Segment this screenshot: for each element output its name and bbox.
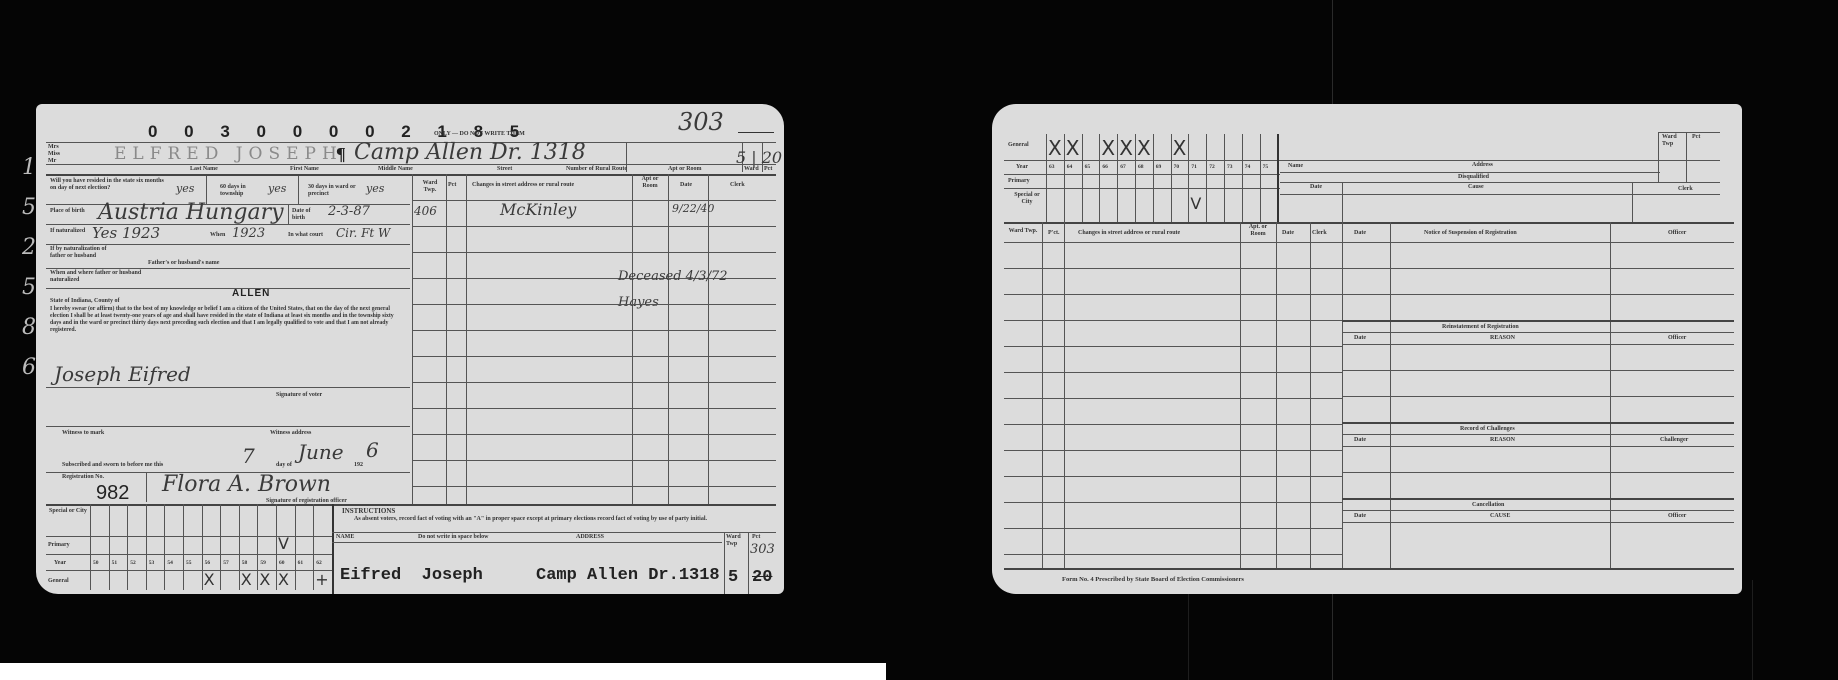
sworn-day: 7 [242, 444, 255, 468]
table-row-rule [1004, 476, 1342, 477]
rule [412, 252, 776, 253]
rule [1610, 222, 1611, 568]
last-name-label: Last Name [190, 166, 218, 173]
vote-mark: X [1173, 136, 1187, 160]
changes-header-pct: Pct [448, 182, 456, 189]
middle-name-label: Middle Name [378, 166, 413, 173]
footer-no-write: Do not write in space below [418, 534, 489, 541]
rule [257, 504, 258, 590]
rule [1276, 222, 1277, 568]
cancellation-cause-header: CAUSE [1490, 513, 1510, 520]
rule [708, 174, 709, 504]
rule [1342, 510, 1734, 511]
clerk-label: Clerk [1678, 186, 1693, 193]
rule [1280, 160, 1720, 161]
year-cell: 64 [1067, 164, 1073, 171]
table-row-rule [1004, 320, 1342, 321]
rule [1342, 396, 1734, 397]
table-row-rule [1004, 424, 1342, 425]
footer-pct: 20 [752, 568, 772, 587]
rule [127, 504, 128, 590]
disqualified-label: Disqualified [1458, 174, 1489, 181]
instructions-title: INSTRUCTIONS [342, 508, 395, 515]
table-row-rule [1004, 346, 1342, 347]
vote-mark: + [315, 570, 328, 589]
rule [332, 542, 722, 543]
back-changes-header-apt: Apt. or Room [1244, 224, 1272, 238]
rule [1658, 132, 1720, 133]
pin-mark: ¶ [336, 144, 346, 165]
rule [1342, 268, 1734, 269]
vote-mark: X [278, 570, 289, 589]
rule [276, 504, 277, 590]
officer-signature: Flora A. Brown [162, 472, 331, 497]
rule [632, 174, 633, 504]
back-row-label-general: General [1008, 142, 1029, 149]
rule [1046, 134, 1047, 222]
sworn-year: 6 [366, 438, 379, 462]
rule [1342, 498, 1734, 500]
rule [1280, 182, 1720, 183]
rule [1342, 294, 1734, 295]
cause-label: Cause [1468, 184, 1484, 191]
footer-pct-corrected: 303 [750, 542, 775, 557]
father-when-label: When and where father or husband natural… [50, 270, 150, 284]
year-label: 192 [354, 462, 363, 469]
year-cell: 67 [1120, 164, 1126, 171]
voter-signature: Joseph Eifred [54, 362, 191, 386]
vote-mark: X [1066, 136, 1080, 160]
rule [412, 304, 776, 305]
witness-address-label: Witness address [270, 430, 311, 437]
date-of-birth-label: Date of birth [292, 208, 322, 222]
back-changes-header-clerk: Clerk [1312, 230, 1327, 237]
rule [412, 356, 776, 357]
cancellation-officer-header: Officer [1668, 513, 1686, 520]
rule [1342, 446, 1734, 447]
year-cell: 56 [205, 560, 211, 567]
sworn-label: Subscribed and sworn to before me this [62, 462, 163, 469]
table-row-rule [1004, 294, 1342, 295]
residency-township-answer: yes [268, 182, 286, 195]
row-label-year: Year [54, 560, 66, 567]
residency-ward-question: 30 days in ward or precinct [308, 184, 362, 198]
year-cell: 52 [130, 560, 136, 567]
year-cell: 72 [1209, 164, 1215, 171]
rule [1004, 568, 1734, 570]
county-label: State of Indiana, County of [50, 298, 120, 305]
ward-twp-label: Ward Twp [1662, 134, 1684, 148]
rule [412, 434, 776, 435]
rule [446, 174, 447, 504]
year-cell: 55 [186, 560, 192, 567]
vote-mark: X [204, 570, 215, 589]
rule [146, 472, 147, 502]
back-changes-header-date: Date [1282, 230, 1294, 237]
when-value: 1923 [232, 226, 265, 241]
rule [46, 536, 332, 537]
rule [332, 532, 776, 533]
name-field: ELFRED JOSEPH [114, 144, 343, 164]
rule [748, 532, 749, 594]
rule [1686, 132, 1687, 182]
table-row-rule [1004, 398, 1342, 399]
year-cell: 74 [1245, 164, 1251, 171]
residency-state-question: Will you have resided in the state six m… [50, 178, 170, 192]
challenges-title: Record of Challenges [1460, 426, 1515, 433]
year-cell: 65 [1085, 164, 1091, 171]
back-row-label-special: Special or City [1012, 192, 1042, 206]
naturalized-value: Yes 1923 [92, 224, 160, 242]
cancellation-title: Cancellation [1472, 502, 1504, 509]
rule [1064, 134, 1065, 222]
vote-mark: V [278, 534, 289, 553]
instructions-text: As absent voters, record fact of voting … [354, 516, 764, 523]
year-cell: 68 [1138, 164, 1144, 171]
naturalized-label: If naturalized [50, 228, 90, 235]
name-label: Name [1288, 163, 1303, 170]
rule [46, 174, 776, 176]
reinstatement-reason-header: REASON [1490, 335, 1515, 342]
rule [668, 174, 669, 504]
vote-mark: X [1101, 136, 1115, 160]
front-card: 0 0 3 0 0 0 0 2 1 8 5 ONLY — DO NOT WRIT… [36, 104, 784, 594]
title-labels: Mrs Miss Mr [48, 144, 60, 165]
first-name-label: First Name [290, 166, 319, 173]
rural-route-label: Number of Rural Route [566, 166, 627, 173]
rule [295, 504, 296, 590]
margin-handwriting: 1 5 2 5 8 6 [22, 148, 40, 388]
back-changes-header-address: Changes in street address or rural route [1078, 230, 1180, 237]
table-row-rule [1004, 502, 1342, 503]
rule [46, 426, 410, 427]
reinstatement-title: Reinstatement of Registration [1442, 324, 1519, 331]
typed-name: Eifred Joseph [340, 566, 483, 585]
rule [1658, 132, 1659, 182]
rule [1342, 522, 1734, 523]
apt-room-label: Apt or Room [668, 166, 702, 173]
rule [1153, 134, 1154, 222]
rule [46, 387, 410, 388]
rule [313, 504, 314, 590]
signature-label: Signature of voter [276, 392, 322, 399]
back-changes-header-ward: Ward Twp. [1008, 228, 1038, 235]
changes-header-date: Date [680, 182, 692, 189]
changes-header-clerk: Clerk [730, 182, 745, 189]
footer-pct-label: Pct [752, 534, 760, 541]
voting-record-grid: Special or City Primary Year General 505… [46, 504, 332, 590]
rule [46, 244, 410, 245]
year-cell: 51 [112, 560, 118, 567]
footer-name-label: NAME [336, 534, 354, 541]
form-footer: Form No. 4 Prescribed by State Board of … [1062, 576, 1244, 583]
rule [1117, 134, 1118, 222]
rule [1342, 344, 1734, 345]
rule [412, 408, 776, 409]
rule [1242, 134, 1243, 222]
footer-ward: 5 [728, 568, 738, 587]
rule [46, 554, 332, 555]
table-row-rule [1004, 268, 1342, 269]
row-label-special: Special or City [48, 508, 88, 515]
court-label: In what court [288, 232, 323, 239]
changes-header-ward: Ward Twp. [416, 180, 444, 194]
residency-ward-answer: yes [366, 182, 384, 195]
suspension-officer-header: Officer [1668, 230, 1686, 237]
rule [412, 382, 776, 383]
row-label-general: General [48, 578, 69, 585]
rule [412, 226, 776, 227]
address-label: Address [1472, 162, 1493, 169]
year-cell: 75 [1263, 164, 1269, 171]
rule [412, 174, 413, 504]
residency-state-answer: yes [176, 182, 194, 195]
reinstatement-officer-header: Officer [1668, 335, 1686, 342]
rule [1342, 182, 1343, 222]
year-cell: 60 [279, 560, 285, 567]
pct-label-back: Pct [1692, 134, 1700, 141]
table-row-rule [1004, 372, 1342, 373]
year-cell: 62 [316, 560, 322, 567]
header-note: ONLY — DO NOT WRITE THEM [434, 131, 525, 138]
vote-mark: X [241, 570, 252, 589]
registration-no: 982 [96, 482, 129, 505]
footer-address-label: ADDRESS [576, 534, 604, 541]
court-value: Cir. Ft W [336, 226, 390, 240]
year-cell: 59 [260, 560, 266, 567]
changes-row-1-ward: 406 [414, 204, 437, 218]
year-cell: 71 [1191, 164, 1197, 171]
row-label-primary: Primary [48, 542, 70, 549]
suspension-title: Notice of Suspension of Registration [1424, 230, 1517, 237]
vote-mark: X [1119, 136, 1133, 160]
challenges-reason-header: REASON [1490, 437, 1515, 444]
changes-row-1-date: 9/22/40 [672, 202, 714, 215]
back-row-label-year: Year [1016, 164, 1028, 171]
year-cell: 58 [242, 560, 248, 567]
vote-mark: X [1137, 136, 1151, 160]
typed-address: Camp Allen Dr.1318 [536, 566, 720, 585]
table-row-rule [1004, 528, 1342, 529]
year-cell: 50 [93, 560, 99, 567]
oath-text: I hereby swear (or affirm) that to the b… [50, 306, 402, 334]
scan-white-strip [0, 663, 886, 680]
rule [1342, 242, 1734, 243]
rule [1310, 222, 1311, 568]
rule [412, 460, 776, 461]
witness-label: Witness to mark [62, 430, 104, 437]
year-cell: 73 [1227, 164, 1233, 171]
changes-header-address: Changes in street address or rural route [472, 182, 574, 189]
challenges-date-header: Date [1354, 437, 1366, 444]
rule [1342, 222, 1343, 568]
rule [164, 504, 165, 590]
place-of-birth-label: Place of birth [50, 208, 90, 215]
vote-mark: X [1048, 136, 1062, 160]
rule [1342, 434, 1734, 435]
rule [332, 504, 334, 594]
rule [146, 504, 147, 590]
reinstatement-date-header: Date [1354, 335, 1366, 342]
changes-row-1-address: McKinley [500, 200, 576, 219]
year-cell: 53 [149, 560, 155, 567]
year-cell: 54 [167, 560, 173, 567]
table-row-rule [1004, 450, 1342, 451]
back-voting-record-grid: General Year Primary Special or City 63X… [1004, 134, 1280, 222]
date-label: Date [1310, 184, 1322, 191]
rule [466, 174, 467, 504]
year-cell: 63 [1049, 164, 1055, 171]
residency-township-question: 60 days in township [220, 184, 270, 198]
changes-row-2-deceased-note: Deceased 4/3/72 Hayes [618, 264, 768, 316]
rule [1280, 194, 1720, 195]
father-label: If by naturalization of father or husban… [50, 246, 120, 260]
table-row-rule [1004, 554, 1342, 555]
rule [724, 532, 725, 594]
rule [1042, 222, 1043, 568]
year-cell: 69 [1156, 164, 1162, 171]
rule [1224, 134, 1225, 222]
sworn-month: June [298, 440, 344, 464]
rule [46, 164, 776, 165]
rule [1240, 222, 1241, 568]
challenges-challenger-header: Challenger [1660, 437, 1688, 444]
year-cell: 66 [1102, 164, 1108, 171]
address-field: Camp Allen Dr. 1318 [354, 140, 586, 165]
day-of-label: day of [276, 462, 292, 469]
rule [220, 504, 221, 590]
rule [288, 204, 289, 224]
back-row-label-primary: Primary [1008, 178, 1030, 185]
rule [412, 200, 776, 201]
rule [1260, 134, 1261, 222]
pct-label: Pct [764, 166, 772, 173]
rule [1390, 222, 1391, 568]
back-card: General Year Primary Special or City 63X… [992, 104, 1742, 594]
date-of-birth-value: 2-3-87 [328, 204, 370, 219]
year-cell: 57 [223, 560, 229, 567]
rule [1277, 134, 1279, 222]
rule [239, 504, 240, 590]
father-name-label: Father's or husband's name [148, 260, 219, 267]
vote-mark: V [1190, 194, 1201, 213]
rule [1342, 332, 1734, 333]
rule [46, 268, 410, 269]
rule [1342, 370, 1734, 371]
when-label: When [210, 232, 225, 239]
rule [1064, 222, 1065, 568]
rule [298, 176, 299, 204]
rule [1004, 222, 1734, 224]
ward-label: Ward [744, 166, 759, 173]
rule [1280, 172, 1660, 173]
rule [1171, 134, 1172, 222]
rule [1135, 134, 1136, 222]
cancellation-date-header: Date [1354, 513, 1366, 520]
vote-mark: X [259, 570, 270, 589]
year-cell: 70 [1174, 164, 1180, 171]
rule [46, 570, 332, 571]
rule [90, 504, 91, 590]
rule [412, 486, 776, 487]
registration-no-label: Registration No. [62, 474, 104, 481]
rule [1342, 472, 1734, 473]
rule [46, 288, 410, 289]
year-cell: 61 [298, 560, 304, 567]
rule [1342, 320, 1734, 322]
rule [202, 504, 203, 590]
scan-artifact-line [1752, 580, 1753, 680]
rule [109, 504, 110, 590]
rule [183, 504, 184, 590]
changes-header-apt: Apt or Room [634, 176, 666, 190]
place-of-birth-value: Austria Hungary [98, 200, 284, 225]
rule [1206, 134, 1207, 222]
rule [1082, 134, 1083, 222]
street-label: Street [497, 166, 512, 173]
rule [1099, 134, 1100, 222]
back-changes-header-pct: P'ct. [1048, 230, 1060, 237]
table-row-rule [1004, 242, 1342, 243]
corner-underline [738, 132, 774, 133]
suspension-date-header: Date [1354, 230, 1366, 237]
county-value: ALLEN [232, 288, 270, 299]
rule [1632, 182, 1633, 222]
rule [1342, 422, 1734, 424]
rule [1188, 134, 1189, 222]
footer-ward-label: Ward Twp [726, 534, 748, 548]
corner-number: 303 [678, 108, 724, 136]
rule [412, 330, 776, 331]
